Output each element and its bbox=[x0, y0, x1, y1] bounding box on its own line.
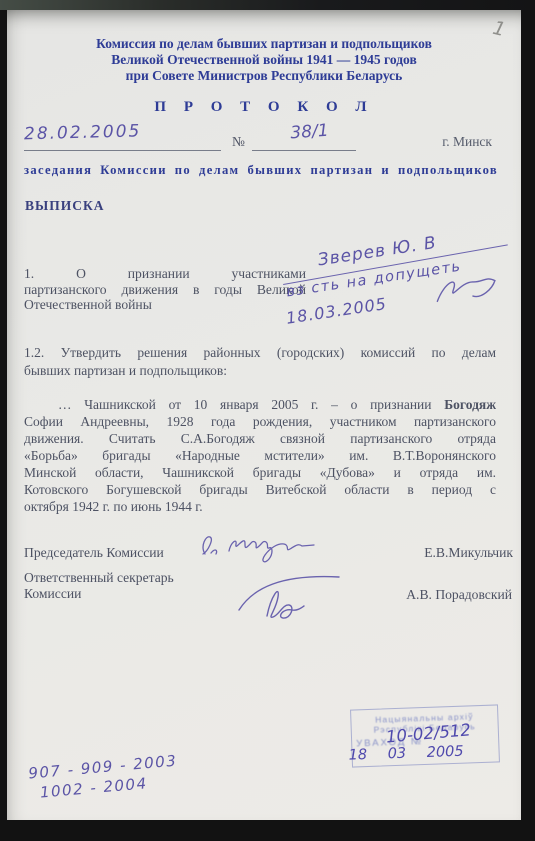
decision-paragraph-line3: движения. Считать С.А.Богодяж связной па… bbox=[24, 430, 496, 447]
date-underline bbox=[24, 150, 221, 151]
city-label: г. Минск bbox=[442, 134, 492, 150]
agenda-item-1-line2: партизанского движения в годы Великой bbox=[24, 282, 306, 298]
letterhead-line1: Комиссия по делам бывших партизан и подп… bbox=[7, 36, 521, 52]
secretary-signature bbox=[233, 566, 345, 624]
subject-line: заседания Комиссии по делам бывших парти… bbox=[24, 163, 498, 178]
number-underline bbox=[252, 150, 356, 151]
annotation-date: 18.03.2005 bbox=[285, 294, 388, 328]
handwritten-number: 38/1 bbox=[261, 119, 357, 146]
archive-entry-stamp: Нацыянальны архіў Рэспублікі Беларусь УВ… bbox=[350, 704, 500, 767]
letterhead-line3: при Совете Министров Республики Беларусь bbox=[7, 68, 521, 84]
archival-file-numbers: 907 - 909 - 2003 1002 - 2004 bbox=[28, 751, 180, 804]
decision-paragraph-line7: октября 1942 г. по июнь 1944 г. bbox=[24, 498, 496, 515]
handwritten-annotation: Зверев Ю. В вз сть на допущеть 18.03.200… bbox=[277, 221, 533, 356]
document-page: Комиссия по делам бывших партизан и подп… bbox=[7, 10, 521, 820]
decision-paragraph: … Чашникской от 10 января 2005 г. – о пр… bbox=[24, 396, 496, 515]
decision-item-12: 1.2. Утвердить решения районных (городск… bbox=[24, 344, 496, 379]
chairman-role-label: Председатель Комиссии bbox=[24, 545, 164, 561]
number-sign: № bbox=[232, 134, 245, 150]
document-title: П Р О Т О К О Л bbox=[7, 99, 521, 116]
decision-paragraph-line6: Котовского Богушевской бригады Витебской… bbox=[24, 481, 496, 498]
secretary-role-label-line2: Комиссии bbox=[24, 586, 81, 602]
handwritten-date: 28.02.2005 bbox=[24, 120, 206, 145]
letterhead: Комиссия по делам бывших партизан и подп… bbox=[7, 36, 521, 84]
extract-label: ВЫПИСКА bbox=[25, 198, 105, 214]
date-number-row: 28.02.2005 № 38/1 г. Минск bbox=[24, 120, 504, 154]
scan-border bbox=[0, 0, 535, 10]
decision-paragraph-line5: Минской области, Чашникской бригады «Дуб… bbox=[24, 464, 496, 481]
secretary-name: А.В. Порадовский bbox=[406, 587, 512, 603]
secretary-role-label-line1: Ответственный секретарь bbox=[24, 570, 174, 586]
agenda-item-1-line3: Отечественной войны bbox=[24, 297, 306, 313]
agenda-item-1: 1. О признании участниками партизанского… bbox=[24, 266, 306, 313]
decision-text: … Чашникской от 10 января 2005 г. – о пр… bbox=[58, 397, 432, 412]
decision-paragraph-line4: «Борьба» бригады «Народные мстители» им.… bbox=[24, 447, 496, 464]
stamp-handwritten-date: 18 03 2005 bbox=[348, 744, 464, 764]
scanned-document: Комиссия по делам бывших партизан и подп… bbox=[0, 0, 535, 841]
decision-paragraph-line1: … Чашникской от 10 января 2005 г. – о пр… bbox=[24, 396, 496, 413]
decision-paragraph-line2: Софии Андреевны, 1928 года рождения, уча… bbox=[24, 413, 496, 430]
decision-item-12-line2: бывших партизан и подпольщиков: bbox=[24, 362, 496, 380]
person-name-bold: Богодяж bbox=[444, 397, 496, 412]
letterhead-line2: Великой Отечественной войны 1941 — 1945 … bbox=[7, 52, 521, 68]
agenda-item-1-line1: 1. О признании участниками bbox=[24, 266, 306, 282]
chairman-name: Е.В.Микульчик bbox=[424, 545, 513, 561]
chairman-signature bbox=[197, 526, 319, 568]
decision-item-12-line1: 1.2. Утвердить решения районных (городск… bbox=[24, 344, 496, 362]
